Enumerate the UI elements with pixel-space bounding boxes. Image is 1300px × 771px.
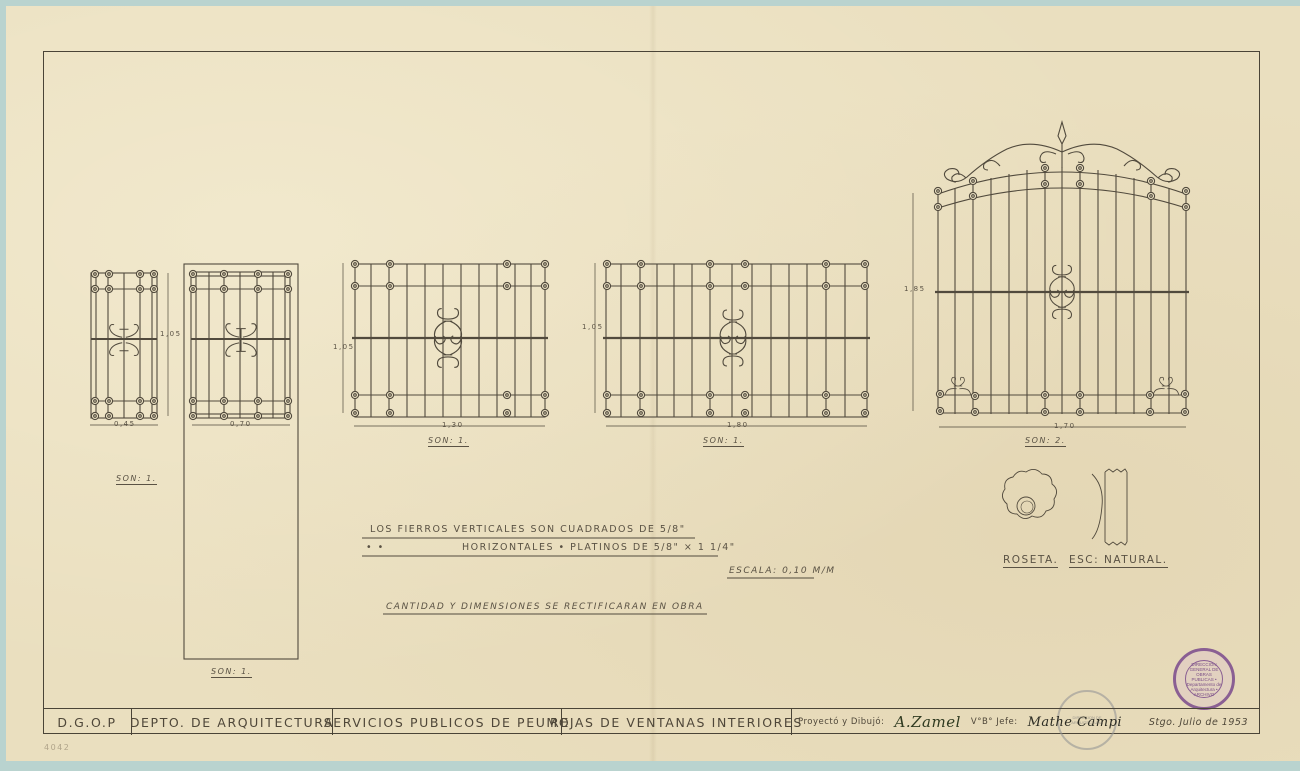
- drawing-date: Stgo. Julio de 1953: [1149, 717, 1248, 728]
- grille-3: [343, 260, 549, 426]
- grille-2-quantity: SON: 1.: [211, 667, 252, 678]
- grille-drawings: [0, 0, 1300, 771]
- grille-4: [595, 260, 870, 426]
- stamp-inner: DIRECCION GENERAL DE OBRAS PUBLICAS • De…: [1185, 660, 1223, 698]
- grille-1-width-label: 0,45: [114, 420, 136, 428]
- quantity-note: CANTIDAD Y DIMENSIONES SE RECTIFICARAN E…: [386, 602, 704, 612]
- title-block: D.G.O.P DEPTO. DE ARQUITECTURA SERVICIOS…: [43, 708, 1260, 735]
- grille-2-width-label: 0,70: [230, 420, 252, 428]
- grille-3-width-label: 1,30: [442, 421, 464, 429]
- roseta-scale-label: ESC: NATURAL.: [1069, 554, 1168, 568]
- title-department: DEPTO. DE ARQUITECTURA: [132, 709, 333, 735]
- grille-1: [90, 270, 168, 425]
- approved-label: V°B° Jefe:: [971, 717, 1018, 727]
- title-org: D.G.O.P: [43, 709, 132, 735]
- grille-3-quantity: SON: 1.: [428, 436, 469, 447]
- title-signatures: Proyectó y Dibujó: A.Zamel V°B° Jefe: Ma…: [792, 709, 1260, 735]
- grille-4-height-label: 1,05: [582, 323, 604, 331]
- note-horizontal-bars: HORIZONTALES • PLATINOS DE 5/8" × 1 1/4": [462, 542, 736, 553]
- gate-height-label: 1,85: [904, 285, 926, 293]
- title-subject: REJAS DE VENTANAS INTERIORES: [562, 709, 792, 735]
- grille-2: [184, 264, 298, 659]
- archive-stamp-purple: DIRECCION GENERAL DE OBRAS PUBLICAS • De…: [1173, 648, 1235, 710]
- note-vertical-bars: LOS FIERROS VERTICALES SON CUADRADOS DE …: [370, 524, 686, 535]
- approved-signature: Mathe Campi: [1028, 715, 1123, 730]
- note-ditto-marks: • •: [366, 542, 385, 553]
- scale-note: ESCALA: 0,10 M/M: [729, 566, 836, 576]
- gate-width-label: 1,70: [1054, 422, 1076, 430]
- roseta-detail: [1002, 469, 1127, 545]
- designed-signature: A.Zamel: [895, 713, 961, 731]
- grille-3-height-label: 1,05: [333, 343, 355, 351]
- gate: [913, 122, 1190, 427]
- gate-quantity: SON: 2.: [1025, 436, 1066, 447]
- grille-1-quantity: SON: 1.: [116, 474, 157, 485]
- title-project: SERVICIOS PUBLICOS DE PEUMO: [333, 709, 562, 735]
- roseta-label: ROSETA.: [1003, 554, 1058, 568]
- grille-4-quantity: SON: 1.: [703, 436, 744, 447]
- grille-1-height-label: 1,05: [160, 330, 182, 338]
- grille-4-width-label: 1,80: [727, 421, 749, 429]
- designed-label: Proyectó y Dibujó:: [798, 717, 885, 727]
- margin-note: 4042: [44, 743, 70, 752]
